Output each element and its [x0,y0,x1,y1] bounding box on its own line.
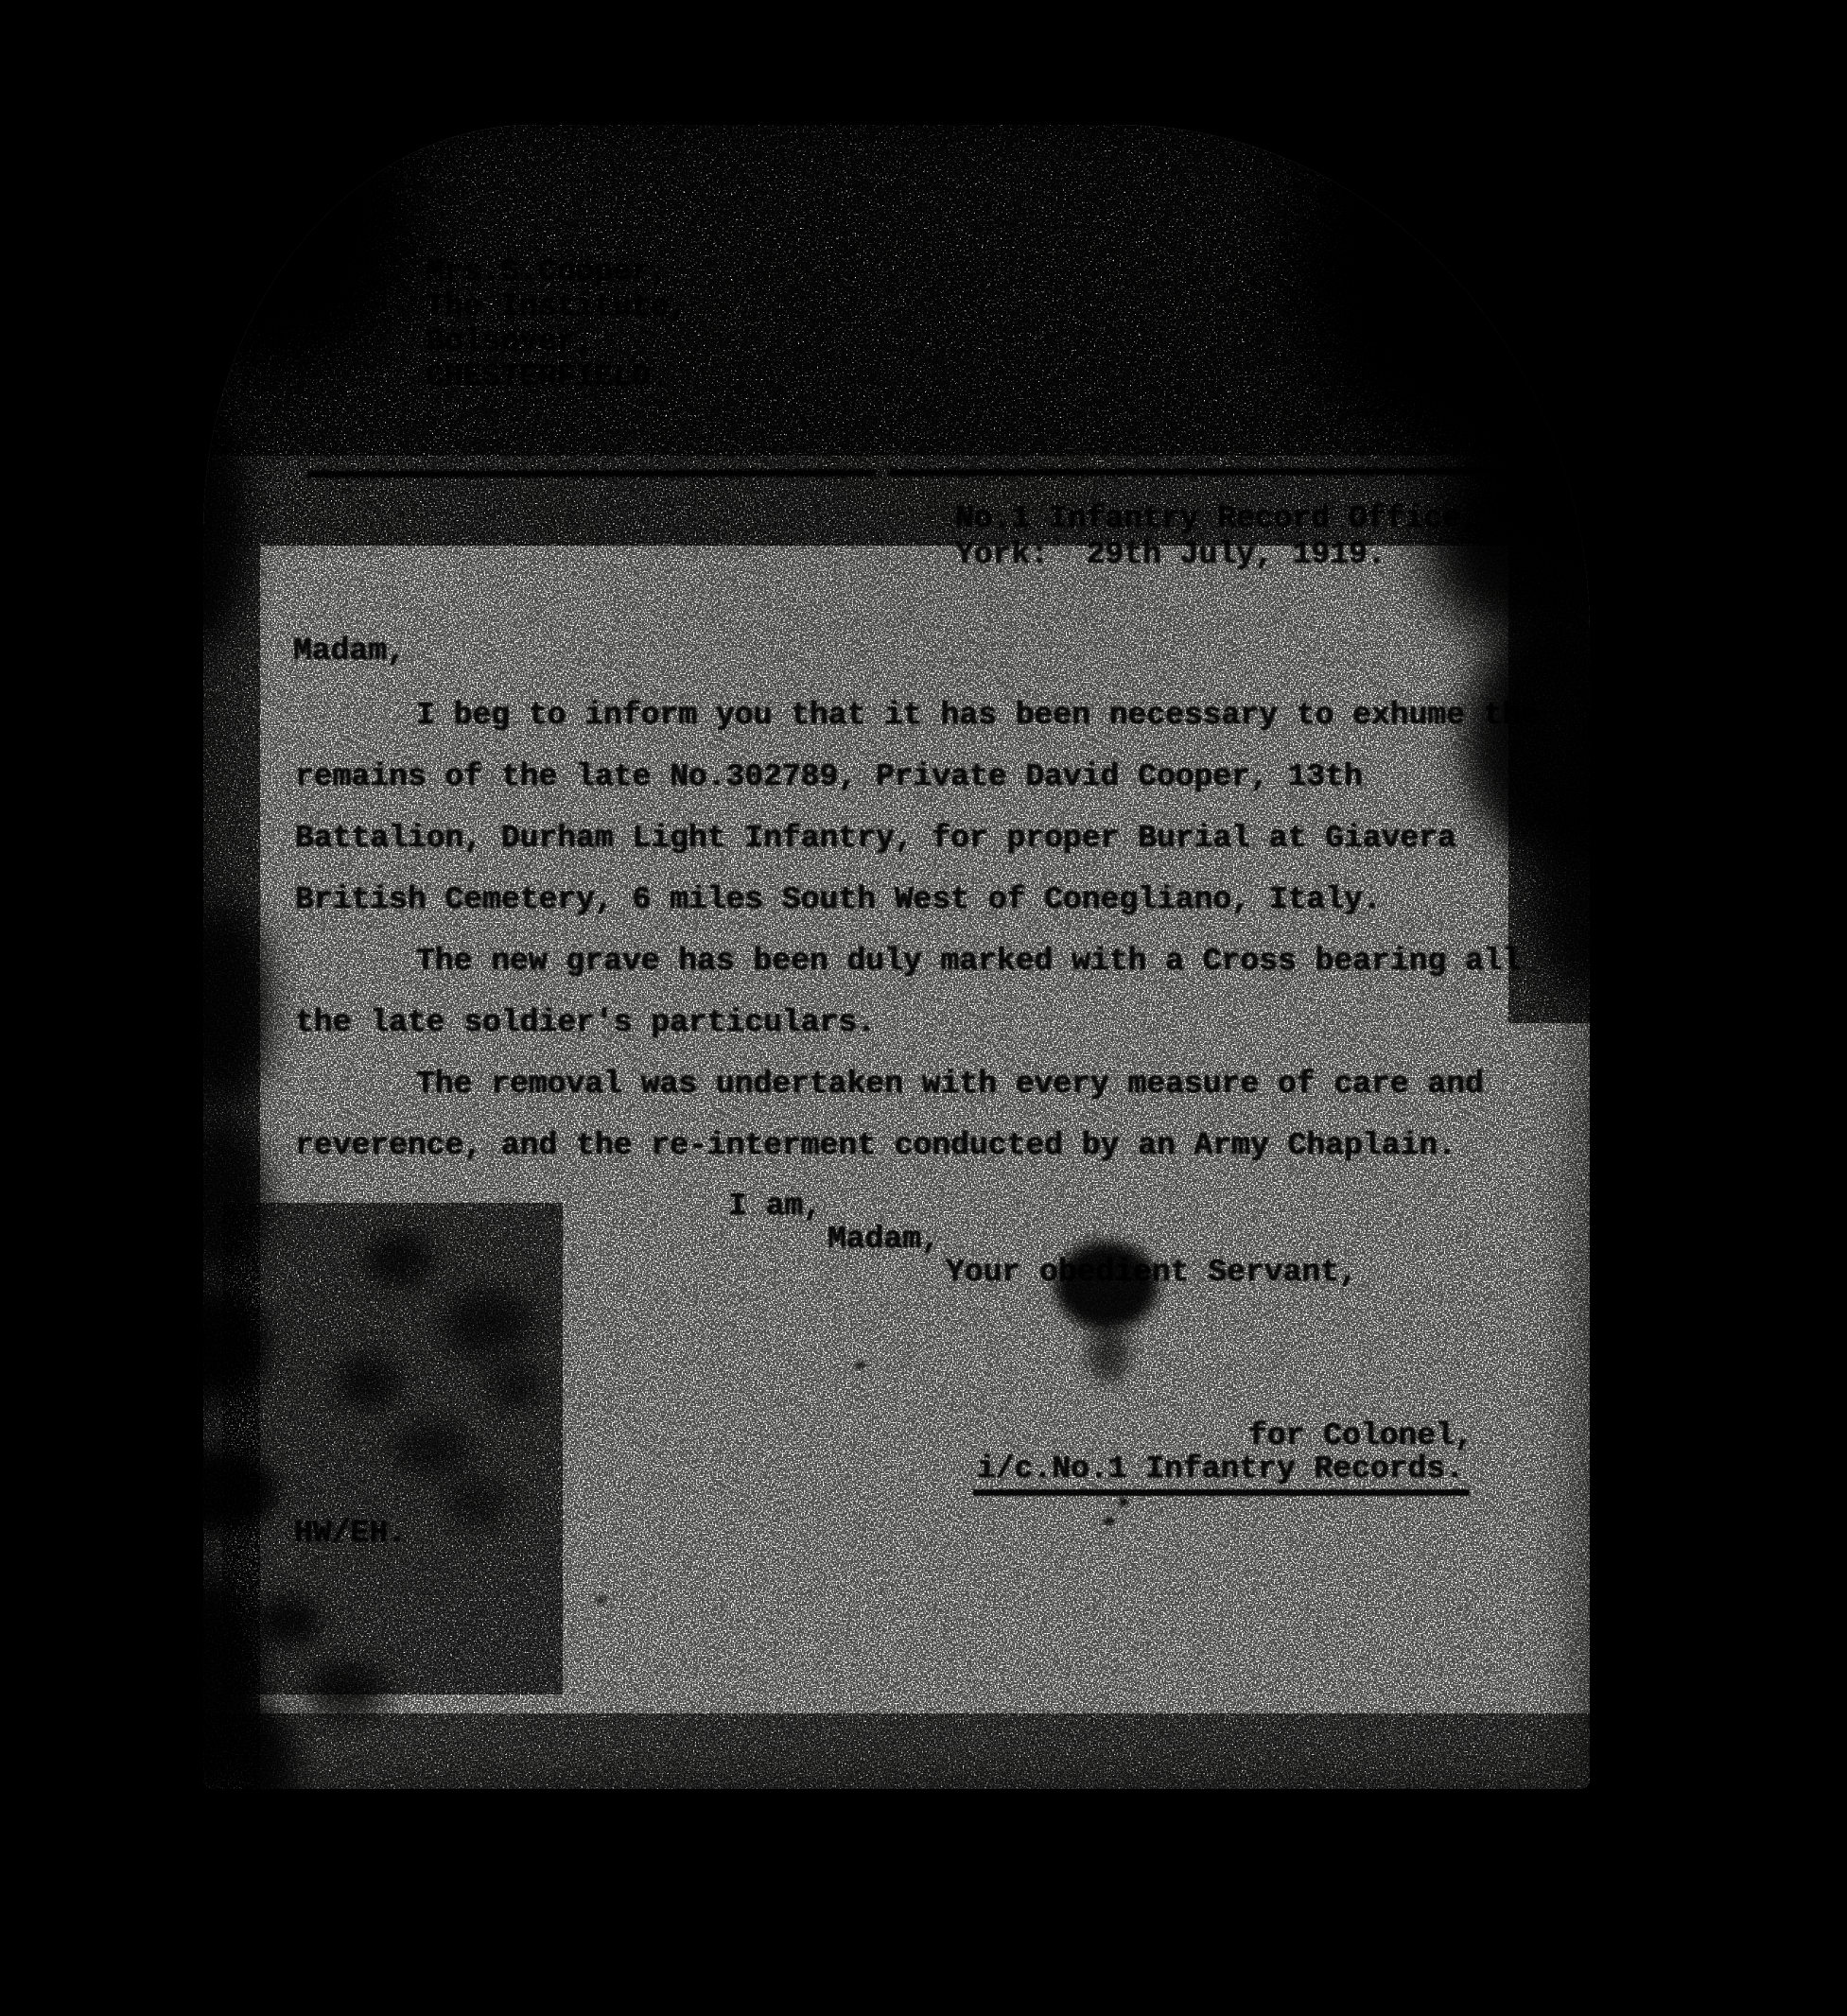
body-line: The removal was undertaken with every me… [416,1068,1484,1102]
recipient-address-line: Bolsover, [426,325,594,359]
body-line: I beg to inform you that it has been nec… [416,699,1540,733]
scan-noise-blob [303,1661,388,1723]
body-line: remains of the late No.302789, Private D… [295,760,1363,794]
scan-noise-blob [203,399,251,645]
ink-blot [1088,1326,1130,1382]
ink-speck [1104,1517,1115,1525]
typist-reference: HW/EH. [294,1517,407,1551]
horizontal-rule [307,467,1494,478]
ink-smudge [364,1231,435,1288]
signature-line: i/c.No.1 Infantry Records. [973,1452,1470,1496]
scan-noise-blob [203,125,421,380]
ink-smudge [336,1354,402,1411]
scan-noise-blob [255,1595,322,1647]
body-line: The new grave has been duly marked with … [416,945,1521,979]
horizontal-rule-gap [877,467,888,478]
ink-smudge [444,1477,511,1529]
closing-line: I am, [728,1190,822,1224]
date-line: York: 29th July, 1919. [955,538,1385,572]
ink-smudge [440,1288,534,1359]
scan-noise-blob [203,1288,270,1401]
ink-smudge [487,1364,544,1411]
salutation: Madam, [293,634,406,669]
scan-noise-blob [203,900,274,1108]
scan-noise-blob [203,1118,270,1278]
body-line: reverence, and the re-interment conducte… [295,1129,1456,1163]
scanned-letter-page: Mrs.S.Cooper, The Institute, Bolsover, C… [203,125,1590,1789]
signature-line: for Colonel, [1248,1419,1473,1453]
scan-background: Mrs.S.Cooper, The Institute, Bolsover, C… [0,0,1847,2016]
scan-noise-blob [203,1449,279,1534]
ink-smudge [392,1420,473,1477]
recipient-address-line: CHESTERFIELD. [426,360,669,394]
body-line: British Cemetery, 6 miles South West of … [295,883,1382,917]
office-heading: No.1 Infantry Record Office, [955,502,1480,536]
closing-line: Madam, [828,1223,940,1257]
ink-speck [856,1362,865,1369]
ink-speck [596,1595,607,1605]
recipient-address-line: Mrs.S.Cooper, [426,255,669,289]
body-line: Battalion, Durham Light Infantry, for pr… [295,822,1456,856]
recipient-address-line: The Institute, [426,290,688,324]
ink-blot [1054,1241,1159,1330]
ink-speck [1119,1498,1128,1506]
body-line: the late soldier's particulars. [295,1006,876,1040]
